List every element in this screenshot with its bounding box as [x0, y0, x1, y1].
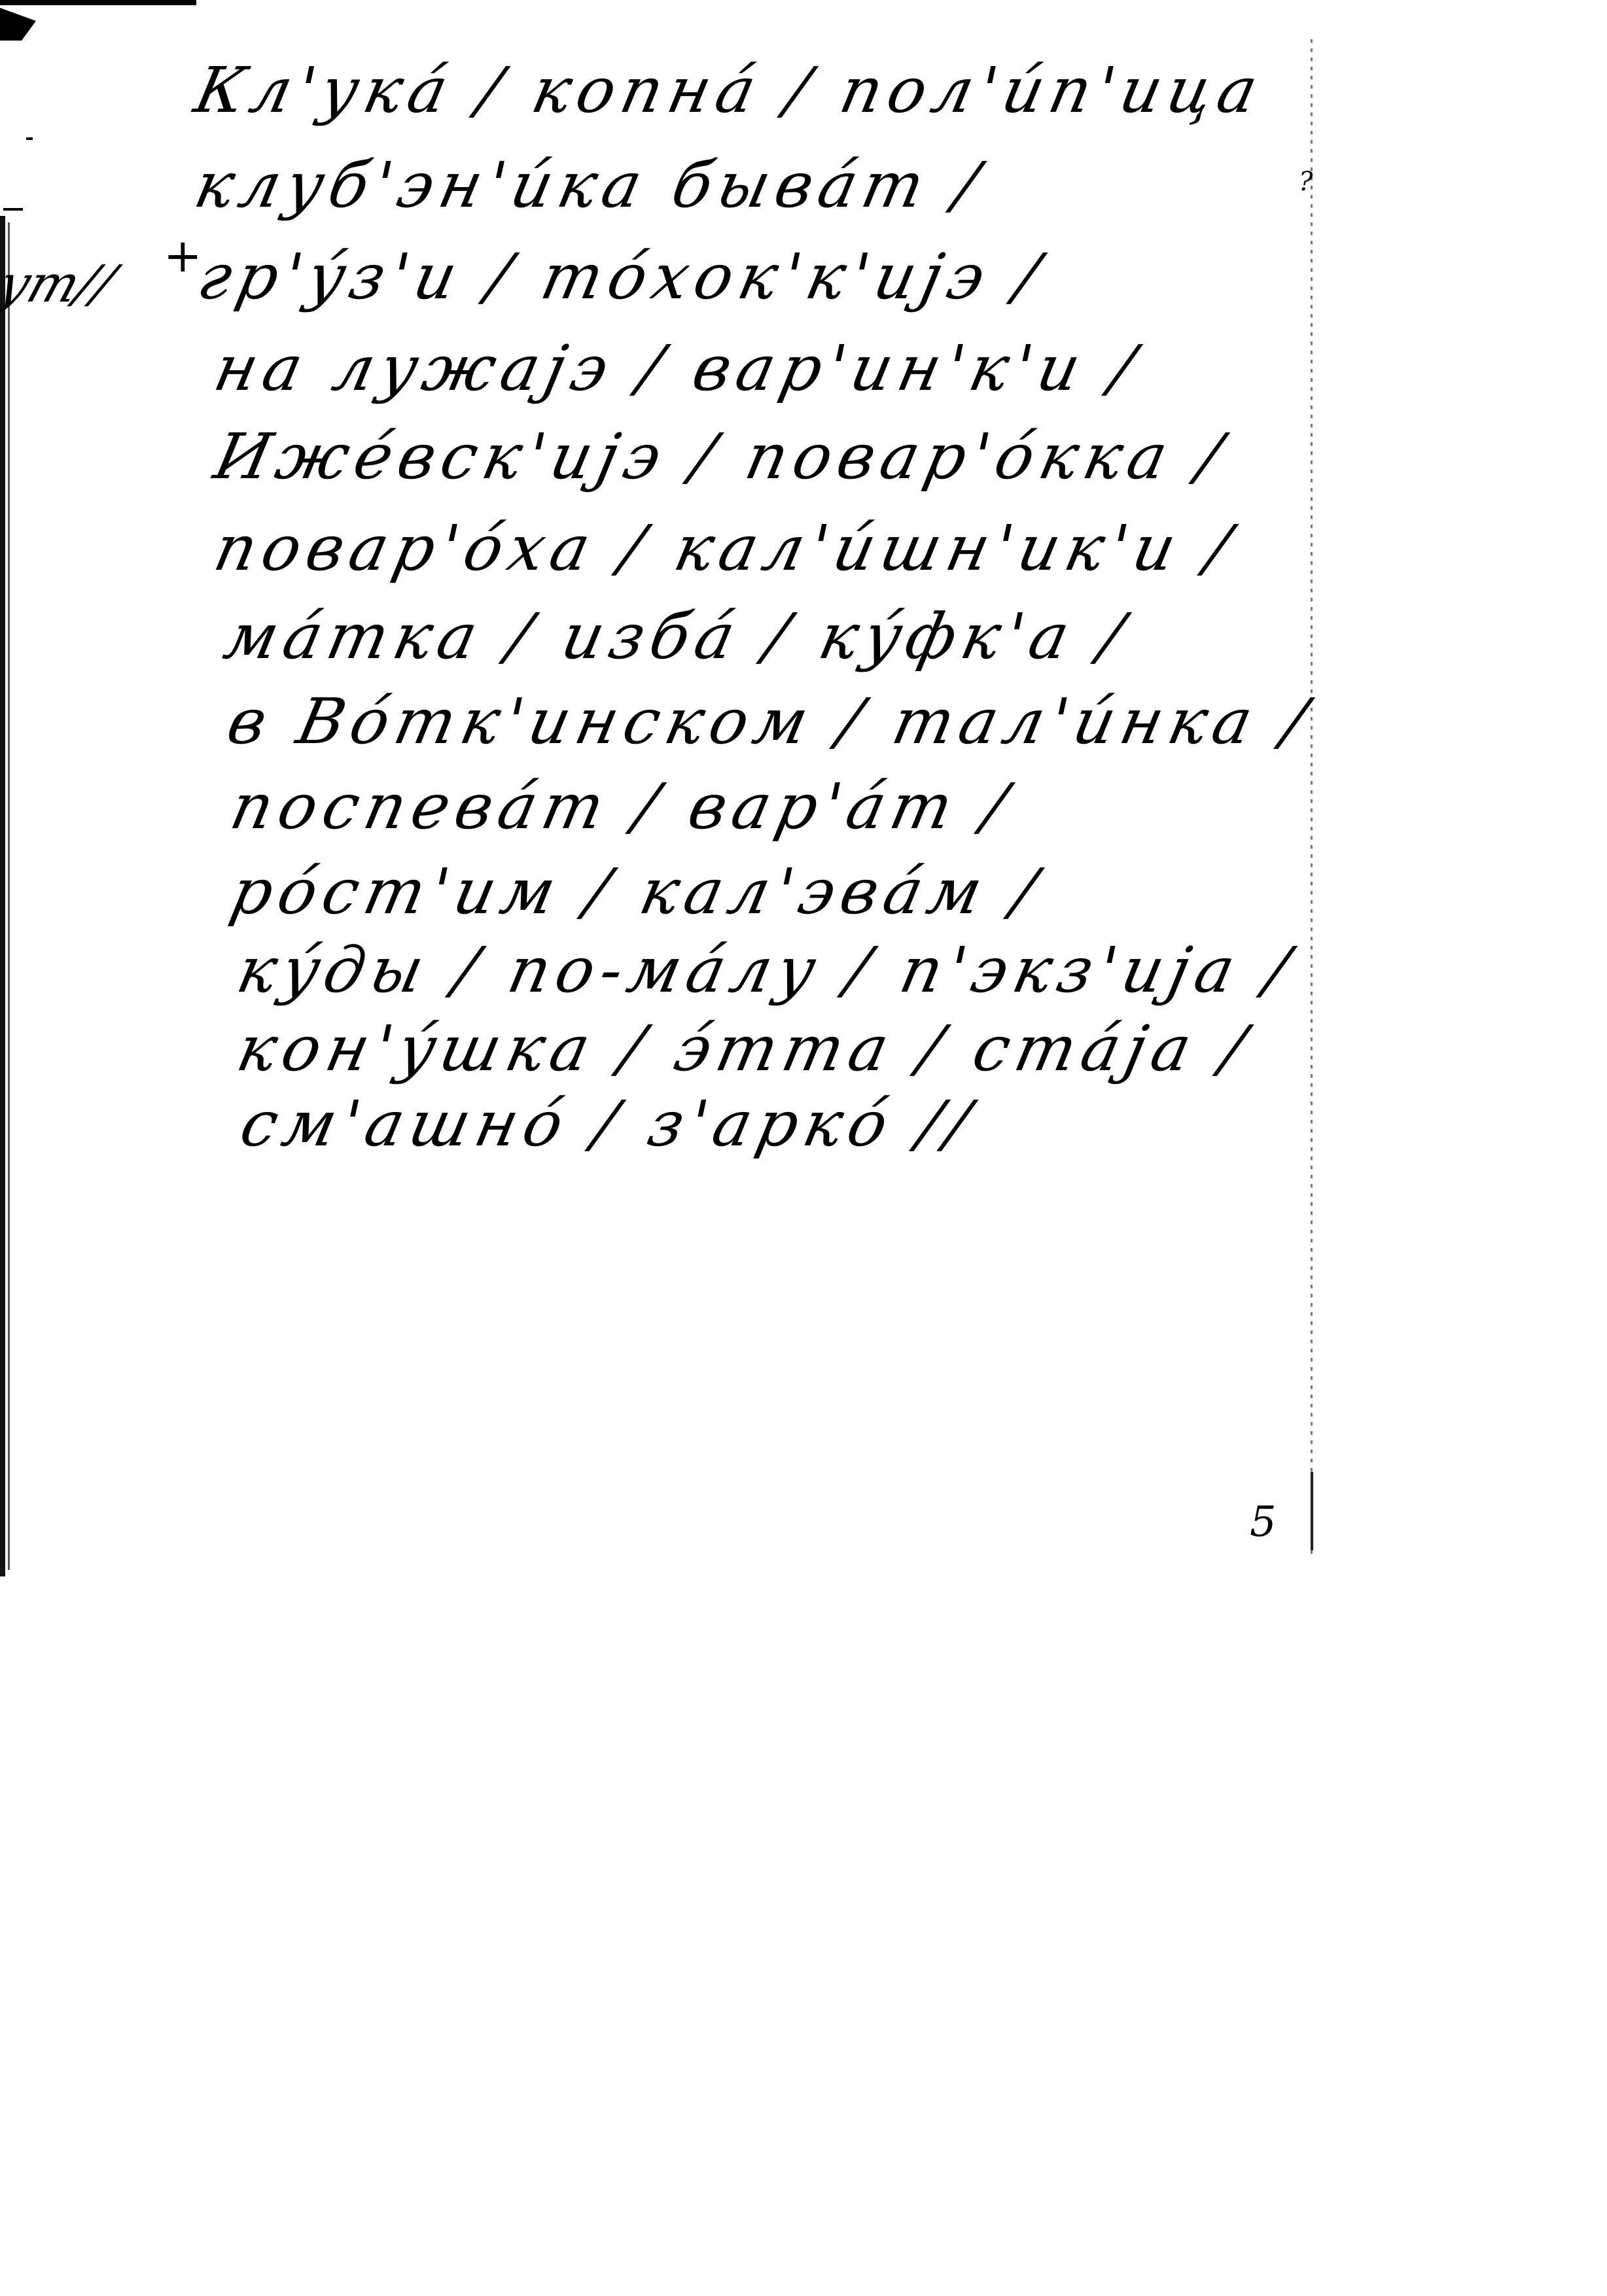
margin-dash: [26, 137, 33, 140]
transcription-line: кон'ýшка / э́тта / стáја /: [232, 1017, 1258, 1080]
scan-left-binding: [0, 216, 5, 1576]
margin-dash: [3, 208, 23, 211]
transcription-line: Кл'укá / копнá / пол'ún'ица: [190, 59, 1269, 122]
transcription-line: клуб'эн'úка бывáт /: [190, 154, 991, 217]
scan-right-fold-line: [1311, 39, 1313, 1557]
scan-left-binding-inner: [8, 222, 10, 1570]
page-number: 5: [1250, 1498, 1277, 1546]
transcription-line: см'ашнó / з'аркó //: [236, 1092, 981, 1155]
transcription-line: рóст'им / кал'эвáм /: [226, 860, 1048, 923]
transcription-line: мáтка / избá / кýфк'а /: [219, 605, 1135, 668]
scan-right-fold-mark: [1311, 1472, 1313, 1550]
margin-note: ут//: [0, 255, 122, 314]
scanned-page: ут// + ? Кл'укá / копнá / пол'ún'ица клу…: [0, 0, 1607, 2296]
scan-corner-blot: [0, 8, 36, 41]
transcription-line: гр'ýз'и / тóхок'к'ијэ /: [193, 245, 1051, 308]
transcription-line: поспевáт / вар'áт /: [226, 775, 1019, 838]
transcription-line: в Вóтк'инском / тал'úнка /: [222, 690, 1318, 753]
transcription-line: на лужајэ / вар'ин'к'и /: [209, 337, 1146, 400]
scan-top-edge: [0, 0, 196, 5]
transcription-line: повар'óха / кал'úшн'ик'и /: [209, 517, 1242, 580]
transcription-line: кýды / по-мáлу / п'экз'ија /: [232, 939, 1301, 1001]
transcription-line: Ижéвск'ијэ / повар'óкка /: [209, 425, 1233, 488]
plus-mark: +: [164, 229, 202, 283]
superscript-mark: ?: [1299, 167, 1313, 197]
